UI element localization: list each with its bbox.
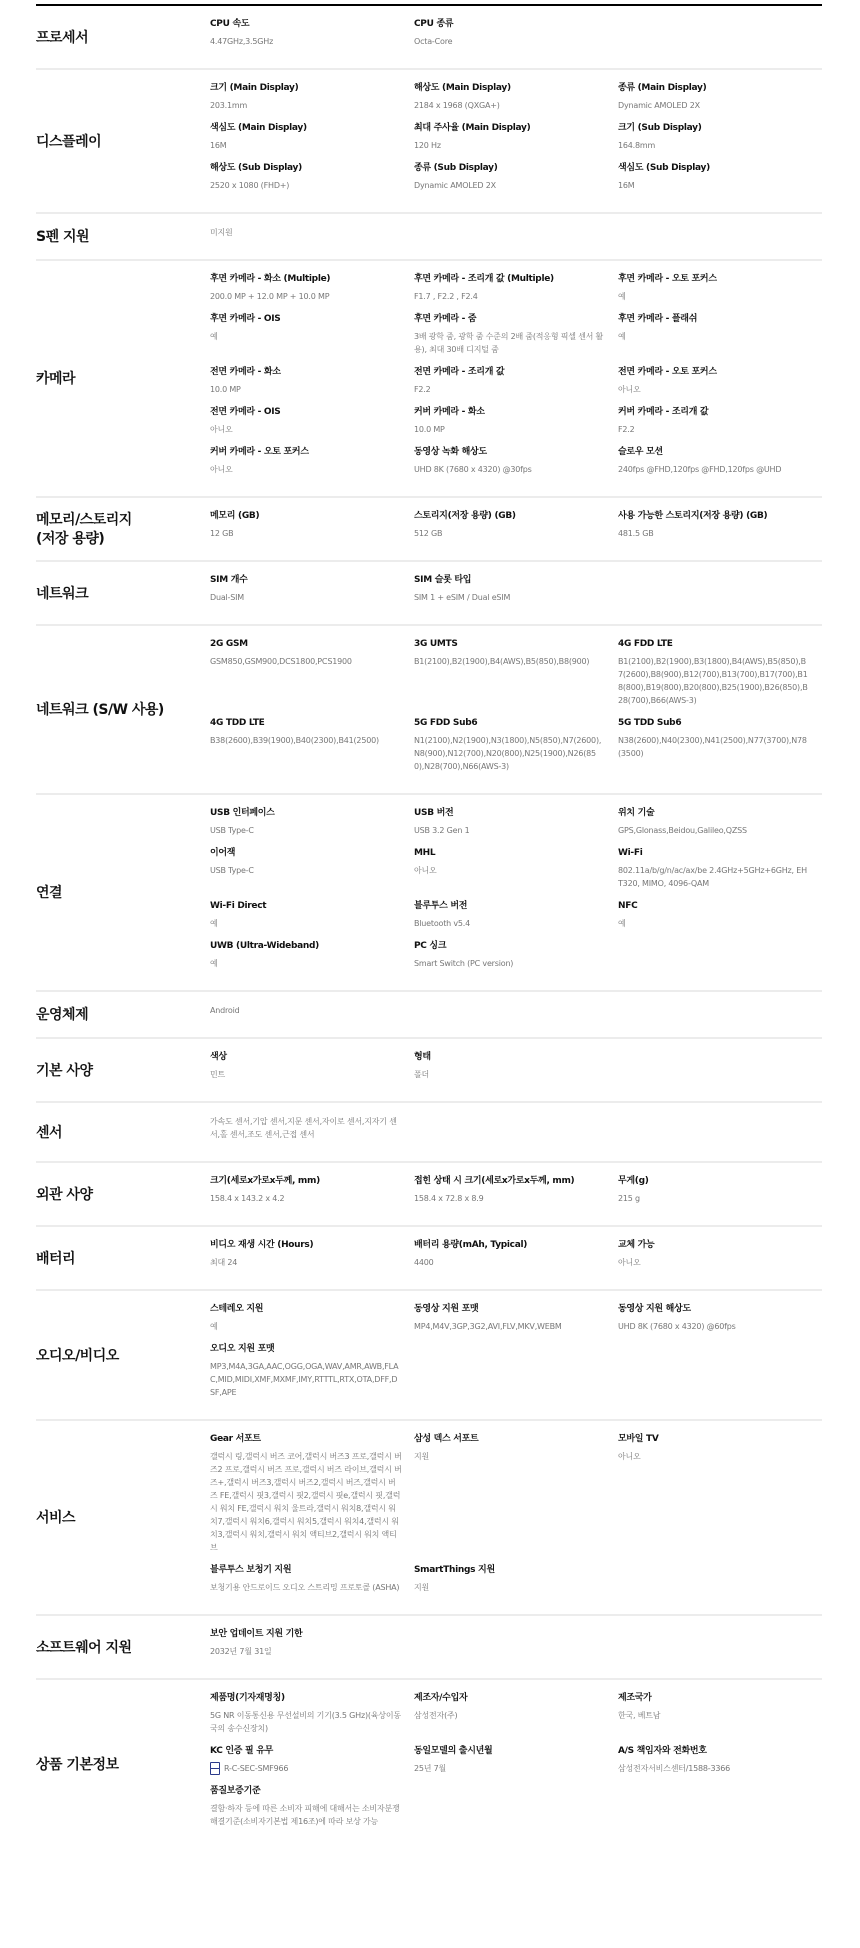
section-title: 오디오/비디오 <box>36 1347 210 1366</box>
spec-value: 802.11a/b/g/n/ac/ax/be 2.4GHz+5GHz+6GHz,… <box>618 864 810 890</box>
spec-label: 교체 가능 <box>618 1239 810 1252</box>
spec-label: 해상도 (Sub Display) <box>210 162 402 175</box>
spec-label: 메모리 (GB) <box>210 510 402 523</box>
spec-section: 연결USB 인터페이스USB Type-CUSB 버전USB 3.2 Gen 1… <box>36 795 822 992</box>
spec-value: 아니오 <box>210 463 402 476</box>
section-title: 디스플레이 <box>36 133 210 152</box>
spec-label: 품질보증기준 <box>210 1785 402 1798</box>
spec-label: 전면 카메라 - 조리개 값 <box>414 366 606 379</box>
spec-item: SmartThings 지원지원 <box>414 1564 618 1604</box>
spec-label: 전면 카메라 - 화소 <box>210 366 402 379</box>
bottom-spacer <box>0 1848 860 1948</box>
spec-value: 3배 광학 줌, 광학 줌 수준의 2배 줌(적응형 픽셀 센서 활용), 최대… <box>414 330 606 356</box>
section-title: 센서 <box>36 1124 210 1143</box>
spec-section: 서비스Gear 서포트갤럭시 링,갤럭시 버즈 코어,갤럭시 버즈3 프로,갤럭… <box>36 1421 822 1616</box>
spec-item: 5G TDD Sub6N38(2600),N40(2300),N41(2500)… <box>618 717 822 783</box>
spec-label: 비디오 재생 시간 (Hours) <box>210 1239 402 1252</box>
spec-label: 무게(g) <box>618 1175 810 1188</box>
spec-value: Dynamic AMOLED 2X <box>618 99 810 112</box>
spec-item: 후면 카메라 - 화소 (Multiple)200.0 MP + 12.0 MP… <box>210 273 414 313</box>
spec-value: 예 <box>618 917 810 930</box>
spec-label: 커버 카메라 - 조리개 값 <box>618 406 810 419</box>
spec-item: Wi-Fi802.11a/b/g/n/ac/ax/be 2.4GHz+5GHz+… <box>618 847 822 900</box>
spec-label: 2G GSM <box>210 638 402 651</box>
spec-label: 이어잭 <box>210 847 402 860</box>
section-title: 연결 <box>36 884 210 903</box>
spec-item: 후면 카메라 - 줌3배 광학 줌, 광학 줌 수준의 2배 줌(적응형 픽셀 … <box>414 313 618 366</box>
spec-value: 203.1mm <box>210 99 402 112</box>
spec-value: 2184 x 1968 (QXGA+) <box>414 99 606 112</box>
spec-item: 형태폴더 <box>414 1051 618 1091</box>
spec-label: 스테레오 지원 <box>210 1303 402 1316</box>
spec-items: 2G GSMGSM850,GSM900,DCS1800,PCS19003G UM… <box>210 638 822 783</box>
spec-value: 아니오 <box>618 383 810 396</box>
spec-item: 제조국가한국, 베트남 <box>618 1692 822 1745</box>
spec-item: 접힌 상태 시 크기(세로x가로x두께, mm)158.4 x 72.8 x 8… <box>414 1175 618 1215</box>
spec-value: 삼성전자(주) <box>414 1709 606 1722</box>
spec-label: 크기 (Sub Display) <box>618 122 810 135</box>
spec-item: 삼성 덱스 서포트지원 <box>414 1433 618 1564</box>
spec-value: 4.47GHz,3.5GHz <box>210 35 402 48</box>
spec-item: 종류 (Main Display)Dynamic AMOLED 2X <box>618 82 822 122</box>
spec-label: CPU 종류 <box>414 18 606 31</box>
spec-value: 아니오 <box>414 864 606 877</box>
spec-section: 기본 사양색상민트형태폴더 <box>36 1039 822 1103</box>
spec-label: 커버 카메라 - 화소 <box>414 406 606 419</box>
spec-value: Bluetooth v5.4 <box>414 917 606 930</box>
spec-items: USB 인터페이스USB Type-CUSB 버전USB 3.2 Gen 1위치… <box>210 807 822 980</box>
spec-section: 프로세서CPU 속도4.47GHz,3.5GHzCPU 종류Octa-Core <box>36 6 822 70</box>
spec-label: 해상도 (Main Display) <box>414 82 606 95</box>
spec-value: USB 3.2 Gen 1 <box>414 824 606 837</box>
spec-value: 5G NR 이동통신용 무선설비의 기기(3.5 GHz)(육상이동국의 송수신… <box>210 1709 402 1735</box>
spec-value: F2.2 <box>414 383 606 396</box>
spec-items: 비디오 재생 시간 (Hours)최대 24배터리 용량(mAh, Typica… <box>210 1239 822 1279</box>
spec-label: 후면 카메라 - 오토 포커스 <box>618 273 810 286</box>
section-title: 소프트웨어 지원 <box>36 1639 210 1658</box>
spec-label: 색심도 (Main Display) <box>210 122 402 135</box>
spec-items: Android <box>210 1004 822 1027</box>
spec-value: 아니오 <box>618 1450 810 1463</box>
spec-label: 삼성 덱스 서포트 <box>414 1433 606 1446</box>
spec-value: 158.4 x 143.2 x 4.2 <box>210 1192 402 1205</box>
spec-label: NFC <box>618 900 810 913</box>
spec-label: 모바일 TV <box>618 1433 810 1446</box>
spec-label: KC 인증 필 유무 <box>210 1745 402 1758</box>
spec-value: Android <box>210 1004 402 1017</box>
spec-label: 접힌 상태 시 크기(세로x가로x두께, mm) <box>414 1175 606 1188</box>
spec-value: 아니오 <box>210 423 402 436</box>
spec-item: 커버 카메라 - 화소10.0 MP <box>414 406 618 446</box>
section-title: 기본 사양 <box>36 1062 210 1081</box>
spec-label: Gear 서포트 <box>210 1433 402 1446</box>
section-title: 프로세서 <box>36 29 210 48</box>
spec-item: 가속도 센서,기압 센서,지문 센서,자이로 센서,지자기 센서,홀 센서,조도… <box>210 1115 414 1151</box>
section-title: 서비스 <box>36 1509 210 1528</box>
spec-item: NFC예 <box>618 900 822 940</box>
section-title: 네트워크 (S/W 사용) <box>36 701 210 720</box>
spec-items: 스테레오 지원예동영상 지원 포맷MP4,M4V,3GP,3G2,AVI,FLV… <box>210 1303 822 1409</box>
spec-value: 12 GB <box>210 527 402 540</box>
spec-item: SIM 개수Dual-SIM <box>210 574 414 614</box>
section-title: 운영체제 <box>36 1006 210 1025</box>
spec-label: SIM 개수 <box>210 574 402 587</box>
spec-item: 위치 기술GPS,Glonass,Beidou,Galileo,QZSS <box>618 807 822 847</box>
spec-item: 후면 카메라 - 조리개 값 (Multiple)F1.7 , F2.2 , F… <box>414 273 618 313</box>
spec-item: 크기 (Main Display)203.1mm <box>210 82 414 122</box>
spec-value: Smart Switch (PC version) <box>414 957 606 970</box>
spec-item: 제품명(기자재명칭)5G NR 이동통신용 무선설비의 기기(3.5 GHz)(… <box>210 1692 414 1745</box>
spec-section: 디스플레이크기 (Main Display)203.1mm해상도 (Main D… <box>36 70 822 214</box>
spec-value: 폴더 <box>414 1068 606 1081</box>
spec-value: R-C-SEC-SMF966 <box>210 1762 402 1775</box>
spec-item: 해상도 (Sub Display)2520 x 1080 (FHD+) <box>210 162 414 202</box>
spec-label: 블루투스 보청기 지원 <box>210 1564 402 1577</box>
spec-section: 메모리/스토리지 (저장 용량)메모리 (GB)12 GB스토리지(저장 용량)… <box>36 498 822 562</box>
spec-value: GPS,Glonass,Beidou,Galileo,QZSS <box>618 824 810 837</box>
spec-label: 오디오 지원 포맷 <box>210 1343 402 1356</box>
spec-label: 색상 <box>210 1051 402 1064</box>
spec-item: 후면 카메라 - 플래쉬예 <box>618 313 822 366</box>
spec-label: UWB (Ultra-Wideband) <box>210 940 402 953</box>
spec-items: 미지원 <box>210 226 822 249</box>
spec-label: 후면 카메라 - 화소 (Multiple) <box>210 273 402 286</box>
spec-item: 전면 카메라 - 조리개 값F2.2 <box>414 366 618 406</box>
spec-value: 가속도 센서,기압 센서,지문 센서,자이로 센서,지자기 센서,홀 센서,조도… <box>210 1115 402 1141</box>
spec-item: 스토리지(저장 용량) (GB)512 GB <box>414 510 618 550</box>
spec-label: 크기(세로x가로x두께, mm) <box>210 1175 402 1188</box>
spec-item: 커버 카메라 - 조리개 값F2.2 <box>618 406 822 446</box>
spec-value: 삼성전자서비스센터/1588-3366 <box>618 1762 810 1775</box>
spec-item: 동일모델의 출시년월25년 7월 <box>414 1745 618 1785</box>
spec-item: 비디오 재생 시간 (Hours)최대 24 <box>210 1239 414 1279</box>
spec-items: 메모리 (GB)12 GB스토리지(저장 용량) (GB)512 GB사용 가능… <box>210 510 822 550</box>
spec-value: UHD 8K (7680 x 4320) @30fps <box>414 463 606 476</box>
spec-item: 블루투스 버전Bluetooth v5.4 <box>414 900 618 940</box>
spec-value: USB Type-C <box>210 864 402 877</box>
spec-item: Gear 서포트갤럭시 링,갤럭시 버즈 코어,갤럭시 버즈3 프로,갤럭시 버… <box>210 1433 414 1564</box>
spec-items: 제품명(기자재명칭)5G NR 이동통신용 무선설비의 기기(3.5 GHz)(… <box>210 1692 822 1838</box>
spec-label: 동영상 녹화 해상도 <box>414 446 606 459</box>
spec-label: 전면 카메라 - OIS <box>210 406 402 419</box>
spec-label: 후면 카메라 - 줌 <box>414 313 606 326</box>
spec-item: CPU 종류Octa-Core <box>414 18 618 58</box>
spec-section: 배터리비디오 재생 시간 (Hours)최대 24배터리 용량(mAh, Typ… <box>36 1227 822 1291</box>
spec-label: 동영상 지원 해상도 <box>618 1303 810 1316</box>
spec-item: 교체 가능아니오 <box>618 1239 822 1279</box>
section-title: 메모리/스토리지 (저장 용량) <box>36 511 210 549</box>
spec-item: 색상민트 <box>210 1051 414 1091</box>
spec-item: USB 인터페이스USB Type-C <box>210 807 414 847</box>
spec-value: 아니오 <box>618 1256 810 1269</box>
spec-value: MP4,M4V,3GP,3G2,AVI,FLV,MKV,WEBM <box>414 1320 606 1333</box>
spec-item: 크기 (Sub Display)164.8mm <box>618 122 822 162</box>
spec-label: Wi-Fi <box>618 847 810 860</box>
spec-label: 제품명(기자재명칭) <box>210 1692 402 1705</box>
spec-label: SIM 슬롯 타입 <box>414 574 606 587</box>
spec-value: 민트 <box>210 1068 402 1081</box>
spec-item: 종류 (Sub Display)Dynamic AMOLED 2X <box>414 162 618 202</box>
spec-section: 외관 사양크기(세로x가로x두께, mm)158.4 x 143.2 x 4.2… <box>36 1163 822 1227</box>
spec-section: 운영체제Android <box>36 992 822 1039</box>
spec-section: 상품 기본정보제품명(기자재명칭)5G NR 이동통신용 무선설비의 기기(3.… <box>36 1680 822 1848</box>
spec-label: 사용 가능한 스토리지(저장 용량) (GB) <box>618 510 810 523</box>
spec-label: 종류 (Main Display) <box>618 82 810 95</box>
spec-label: PC 싱크 <box>414 940 606 953</box>
spec-value: 예 <box>618 330 810 343</box>
spec-label: 5G FDD Sub6 <box>414 717 606 730</box>
spec-item: 동영상 녹화 해상도UHD 8K (7680 x 4320) @30fps <box>414 446 618 486</box>
spec-label: 동영상 지원 포맷 <box>414 1303 606 1316</box>
spec-item: MHL아니오 <box>414 847 618 900</box>
spec-value: 최대 24 <box>210 1256 402 1269</box>
spec-value: 미지원 <box>210 226 402 239</box>
spec-value: 2032년 7월 31일 <box>210 1645 402 1658</box>
spec-item: 모바일 TV아니오 <box>618 1433 822 1564</box>
spec-label: 최대 주사율 (Main Display) <box>414 122 606 135</box>
spec-value: MP3,M4A,3GA,AAC,OGG,OGA,WAV,AMR,AWB,FLAC… <box>210 1360 402 1399</box>
spec-value: 예 <box>618 290 810 303</box>
spec-label: 스토리지(저장 용량) (GB) <box>414 510 606 523</box>
spec-item: 오디오 지원 포맷MP3,M4A,3GA,AAC,OGG,OGA,WAV,AMR… <box>210 1343 414 1409</box>
spec-value: 예 <box>210 1320 402 1333</box>
section-title: 카메라 <box>36 370 210 389</box>
spec-label: 3G UMTS <box>414 638 606 651</box>
spec-label: 슬로우 모션 <box>618 446 810 459</box>
spec-item: USB 버전USB 3.2 Gen 1 <box>414 807 618 847</box>
spec-item: Wi-Fi Direct예 <box>210 900 414 940</box>
spec-item: 스테레오 지원예 <box>210 1303 414 1343</box>
spec-value: 240fps @FHD,120fps @FHD,120fps @UHD <box>618 463 810 476</box>
spec-value: 예 <box>210 330 402 343</box>
spec-label: 5G TDD Sub6 <box>618 717 810 730</box>
spec-item: 해상도 (Main Display)2184 x 1968 (QXGA+) <box>414 82 618 122</box>
spec-item: Android <box>210 1004 414 1027</box>
spec-value: 갤럭시 링,갤럭시 버즈 코어,갤럭시 버즈3 프로,갤럭시 버즈2 프로,갤럭… <box>210 1450 402 1554</box>
spec-item: 슬로우 모션240fps @FHD,120fps @FHD,120fps @UH… <box>618 446 822 486</box>
spec-label: USB 인터페이스 <box>210 807 402 820</box>
spec-item: 전면 카메라 - OIS아니오 <box>210 406 414 446</box>
spec-items: SIM 개수Dual-SIMSIM 슬롯 타입SIM 1 + eSIM / Du… <box>210 574 822 614</box>
spec-item: KC 인증 필 유무R-C-SEC-SMF966 <box>210 1745 414 1785</box>
spec-label: 보안 업데이트 지원 기한 <box>210 1628 402 1641</box>
spec-value: N38(2600),N40(2300),N41(2500),N77(3700),… <box>618 734 810 760</box>
spec-item: 전면 카메라 - 오토 포커스아니오 <box>618 366 822 406</box>
spec-value: 결함·하자 등에 따른 소비자 피해에 대해서는 소비자분쟁해결기준(소비자기본… <box>210 1802 402 1828</box>
spec-item: PC 싱크Smart Switch (PC version) <box>414 940 618 980</box>
spec-value: 10.0 MP <box>210 383 402 396</box>
spec-items: 후면 카메라 - 화소 (Multiple)200.0 MP + 12.0 MP… <box>210 273 822 486</box>
spec-item: 2G GSMGSM850,GSM900,DCS1800,PCS1900 <box>210 638 414 717</box>
spec-value: 481.5 GB <box>618 527 810 540</box>
spec-value: SIM 1 + eSIM / Dual eSIM <box>414 591 606 604</box>
spec-value: Dual-SIM <box>210 591 402 604</box>
spec-value: 215 g <box>618 1192 810 1205</box>
spec-value: 120 Hz <box>414 139 606 152</box>
spec-value: 164.8mm <box>618 139 810 152</box>
spec-value: USB Type-C <box>210 824 402 837</box>
spec-label: Wi-Fi Direct <box>210 900 402 913</box>
kc-mark-icon <box>210 1762 218 1773</box>
spec-value: 10.0 MP <box>414 423 606 436</box>
spec-item: 최대 주사율 (Main Display)120 Hz <box>414 122 618 162</box>
spec-item: 후면 카메라 - OIS예 <box>210 313 414 366</box>
spec-item: 동영상 지원 포맷MP4,M4V,3GP,3G2,AVI,FLV,MKV,WEB… <box>414 1303 618 1343</box>
spec-items: 가속도 센서,기압 센서,지문 센서,자이로 센서,지자기 센서,홀 센서,조도… <box>210 1115 822 1151</box>
spec-section: 소프트웨어 지원보안 업데이트 지원 기한2032년 7월 31일 <box>36 1616 822 1680</box>
spec-value: N1(2100),N2(1900),N3(1800),N5(850),N7(26… <box>414 734 606 773</box>
spec-item: 메모리 (GB)12 GB <box>210 510 414 550</box>
spec-items: 색상민트형태폴더 <box>210 1051 822 1091</box>
spec-value: 지원 <box>414 1581 606 1594</box>
spec-item: 이어잭USB Type-C <box>210 847 414 900</box>
spec-value-text: R-C-SEC-SMF966 <box>224 1764 288 1773</box>
section-title: 상품 기본정보 <box>36 1756 210 1775</box>
spec-item: 보안 업데이트 지원 기한2032년 7월 31일 <box>210 1628 414 1668</box>
spec-value: 예 <box>210 917 402 930</box>
spec-item: 4G TDD LTEB38(2600),B39(1900),B40(2300),… <box>210 717 414 783</box>
spec-label: 배터리 용량(mAh, Typical) <box>414 1239 606 1252</box>
spec-items: CPU 속도4.47GHz,3.5GHzCPU 종류Octa-Core <box>210 18 822 58</box>
spec-item: 색심도 (Main Display)16M <box>210 122 414 162</box>
spec-label: A/S 책임자와 전화번호 <box>618 1745 810 1758</box>
spec-value: UHD 8K (7680 x 4320) @60fps <box>618 1320 810 1333</box>
spec-section: 네트워크SIM 개수Dual-SIMSIM 슬롯 타입SIM 1 + eSIM … <box>36 562 822 626</box>
spec-items: Gear 서포트갤럭시 링,갤럭시 버즈 코어,갤럭시 버즈3 프로,갤럭시 버… <box>210 1433 822 1604</box>
spec-items: 보안 업데이트 지원 기한2032년 7월 31일 <box>210 1628 822 1668</box>
spec-item: 후면 카메라 - 오토 포커스예 <box>618 273 822 313</box>
spec-value: 예 <box>210 957 402 970</box>
spec-value: 158.4 x 72.8 x 8.9 <box>414 1192 606 1205</box>
spec-item: CPU 속도4.47GHz,3.5GHz <box>210 18 414 58</box>
spec-label: SmartThings 지원 <box>414 1564 606 1577</box>
spec-value: 16M <box>210 139 402 152</box>
spec-label: 종류 (Sub Display) <box>414 162 606 175</box>
spec-item: 사용 가능한 스토리지(저장 용량) (GB)481.5 GB <box>618 510 822 550</box>
spec-value: B38(2600),B39(1900),B40(2300),B41(2500) <box>210 734 402 747</box>
section-title: 네트워크 <box>36 585 210 604</box>
spec-value: 4400 <box>414 1256 606 1269</box>
spec-label: 색심도 (Sub Display) <box>618 162 810 175</box>
spec-value: 2520 x 1080 (FHD+) <box>210 179 402 192</box>
spec-value: Dynamic AMOLED 2X <box>414 179 606 192</box>
spec-label: 형태 <box>414 1051 606 1064</box>
spec-value: 16M <box>618 179 810 192</box>
spec-item: 3G UMTSB1(2100),B2(1900),B4(AWS),B5(850)… <box>414 638 618 717</box>
spec-item: 품질보증기준결함·하자 등에 따른 소비자 피해에 대해서는 소비자분쟁해결기준… <box>210 1785 414 1838</box>
spec-label: MHL <box>414 847 606 860</box>
spec-value: B1(2100),B2(1900),B4(AWS),B5(850),B8(900… <box>414 655 606 668</box>
spec-value: 보청기용 안드로이드 오디오 스트리밍 프로토콜 (ASHA) <box>210 1581 402 1594</box>
spec-item: A/S 책임자와 전화번호삼성전자서비스센터/1588-3366 <box>618 1745 822 1785</box>
spec-item: 커버 카메라 - 오토 포커스아니오 <box>210 446 414 486</box>
spec-label: 제조자/수입자 <box>414 1692 606 1705</box>
spec-label: 후면 카메라 - 조리개 값 (Multiple) <box>414 273 606 286</box>
spec-label: CPU 속도 <box>210 18 402 31</box>
spec-value: 지원 <box>414 1450 606 1463</box>
spec-label: 커버 카메라 - 오토 포커스 <box>210 446 402 459</box>
spec-item: 크기(세로x가로x두께, mm)158.4 x 143.2 x 4.2 <box>210 1175 414 1215</box>
spec-item: SIM 슬롯 타입SIM 1 + eSIM / Dual eSIM <box>414 574 618 614</box>
spec-label: 후면 카메라 - OIS <box>210 313 402 326</box>
spec-label: 전면 카메라 - 오토 포커스 <box>618 366 810 379</box>
spec-section: 오디오/비디오스테레오 지원예동영상 지원 포맷MP4,M4V,3GP,3G2,… <box>36 1291 822 1421</box>
spec-section: 네트워크 (S/W 사용)2G GSMGSM850,GSM900,DCS1800… <box>36 626 822 795</box>
spec-label: 블루투스 버전 <box>414 900 606 913</box>
spec-items: 크기(세로x가로x두께, mm)158.4 x 143.2 x 4.2접힌 상태… <box>210 1175 822 1215</box>
section-title: 배터리 <box>36 1250 210 1269</box>
spec-section: S펜 지원미지원 <box>36 214 822 261</box>
spec-items: 크기 (Main Display)203.1mm해상도 (Main Displa… <box>210 82 822 202</box>
spec-section: 카메라후면 카메라 - 화소 (Multiple)200.0 MP + 12.0… <box>36 261 822 498</box>
spec-item: 4G FDD LTEB1(2100),B2(1900),B3(1800),B4(… <box>618 638 822 717</box>
spec-label: 위치 기술 <box>618 807 810 820</box>
spec-item: 미지원 <box>210 226 414 249</box>
spec-section: 센서가속도 센서,기압 센서,지문 센서,자이로 센서,지자기 센서,홀 센서,… <box>36 1103 822 1163</box>
spec-value: F1.7 , F2.2 , F2.4 <box>414 290 606 303</box>
spec-value: 25년 7월 <box>414 1762 606 1775</box>
spec-value: 512 GB <box>414 527 606 540</box>
section-title: 외관 사양 <box>36 1186 210 1205</box>
spec-label: 제조국가 <box>618 1692 810 1705</box>
spec-item: 블루투스 보청기 지원보청기용 안드로이드 오디오 스트리밍 프로토콜 (ASH… <box>210 1564 414 1604</box>
spec-value: Octa-Core <box>414 35 606 48</box>
spec-item: 제조자/수입자삼성전자(주) <box>414 1692 618 1745</box>
spec-value: 한국, 베트남 <box>618 1709 810 1722</box>
spec-value: F2.2 <box>618 423 810 436</box>
spec-value: B1(2100),B2(1900),B3(1800),B4(AWS),B5(85… <box>618 655 810 707</box>
spec-item: 배터리 용량(mAh, Typical)4400 <box>414 1239 618 1279</box>
spec-label: USB 버전 <box>414 807 606 820</box>
spec-label: 후면 카메라 - 플래쉬 <box>618 313 810 326</box>
spec-label: 4G TDD LTE <box>210 717 402 730</box>
spec-label: 크기 (Main Display) <box>210 82 402 95</box>
spec-value: GSM850,GSM900,DCS1800,PCS1900 <box>210 655 402 668</box>
spec-item: 무게(g)215 g <box>618 1175 822 1215</box>
spec-value: 200.0 MP + 12.0 MP + 10.0 MP <box>210 290 402 303</box>
spec-label: 동일모델의 출시년월 <box>414 1745 606 1758</box>
section-title: S펜 지원 <box>36 228 210 247</box>
spec-item: UWB (Ultra-Wideband)예 <box>210 940 414 980</box>
spec-table: 프로세서CPU 속도4.47GHz,3.5GHzCPU 종류Octa-Core디… <box>36 4 822 1848</box>
spec-item: 전면 카메라 - 화소10.0 MP <box>210 366 414 406</box>
spec-item: 색심도 (Sub Display)16M <box>618 162 822 202</box>
spec-item: 동영상 지원 해상도UHD 8K (7680 x 4320) @60fps <box>618 1303 822 1343</box>
spec-label: 4G FDD LTE <box>618 638 810 651</box>
spec-item: 5G FDD Sub6N1(2100),N2(1900),N3(1800),N5… <box>414 717 618 783</box>
